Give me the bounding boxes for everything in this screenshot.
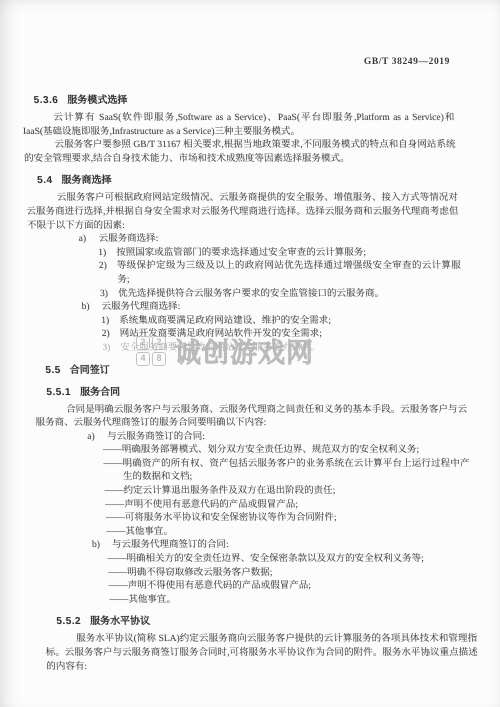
list-item-letter: a)云服务商选择: xyxy=(27,233,460,247)
list-item-dash: ——明确不得窃取修改云服务客户数据; xyxy=(42,567,475,581)
list-item-dash: ——其他事宜。 xyxy=(43,594,476,608)
paragraph: 合同是明确云服务客户与云服务商、云服务代理商之间责任和义务的基本手段。云服务客户… xyxy=(35,404,468,431)
section-number: 5.5.1 xyxy=(46,387,71,398)
section-heading: 5.4服务商选择 xyxy=(37,174,458,188)
list-item-text: 系统集成商要满足政府网站建设、维护的安全需求; xyxy=(119,316,331,326)
list-marker: a) xyxy=(87,431,95,445)
list-item-dash: ——声明不使用有恶意代码的产品或假冒产品; xyxy=(39,499,472,513)
section-heading: 5.5合同签订 xyxy=(45,364,466,378)
list-item-letter: a)与云服务商签订的合同: xyxy=(36,431,469,445)
section-number: 5.5 xyxy=(45,365,61,376)
list-marker: 2) xyxy=(102,328,111,342)
section-title: 服务模式选择 xyxy=(67,95,127,106)
list-item-dash: ——明确相关方的安全责任边界、安全保密条款以及双方的安全权利义务等; xyxy=(41,553,474,567)
list-item-dash: ——明确资产的所有权、资产包括云服务客户的业务系统在云计算平台上运行过程中产生的… xyxy=(37,458,470,485)
section-title: 合同签订 xyxy=(70,365,110,376)
list-item-text: 安全服务商要满足政府网站安全服务能力需求。 xyxy=(120,343,320,353)
paragraph: 云计算有 SaaS(软件即服务,Software as a Service)、P… xyxy=(22,112,455,139)
list-item-text: 云服务代理商选择: xyxy=(101,302,180,312)
list-item-dash: ——可将服务水平协议和安全保密协议等作为合同附件; xyxy=(40,512,473,526)
list-marker: 2) xyxy=(99,260,108,274)
list-marker: 3) xyxy=(100,288,109,302)
list-item-dash: ——其他事宜。 xyxy=(40,526,473,540)
section-number: 5.5.2 xyxy=(56,616,81,627)
list-item-dash: ——明确服务部署模式、划分双方安全责任边界、规范双方的安全权利义务; xyxy=(37,444,470,458)
list-item-letter: b)与云服务代理商签订的合同: xyxy=(41,539,474,553)
list-item-dash: ——约定云计算退出服务条件及双方在退出阶段的责任; xyxy=(38,485,471,499)
document-page: GB/T 38249—2019 5.3.6服务模式选择云计算有 SaaS(软件即… xyxy=(0,0,500,707)
paragraph: 云服务客户要参照 GB/T 31167 相关要求,根据当地政策要求,不同服务模式… xyxy=(23,139,456,166)
list-item-number: 2)等级保护定级为三级及以上的政府网站优先选择通过增强级安全审查的云计算服务; xyxy=(29,260,462,287)
section-number: 5.4 xyxy=(37,175,53,186)
list-item-number: 2)网站开发商要满足政府网站软件开发的安全需求; xyxy=(32,328,465,342)
list-item-text: 云服务商选择: xyxy=(98,234,158,244)
list-item-number: 3)优先选择提供符合云服务客户要求的安全监管接口的云服务商。 xyxy=(30,288,463,302)
paragraph: 服务水平协议(简称 SLA)约定云服务商向云服务客户提供的云计算服务的各项具体技… xyxy=(45,633,479,674)
list-item-text: 与云服务代理商签订的合同: xyxy=(112,540,229,550)
section-number: 5.3.6 xyxy=(33,95,58,106)
section-heading: 5.5.1服务合同 xyxy=(46,386,467,400)
list-marker: b) xyxy=(81,301,90,315)
page-number: 5 xyxy=(426,648,431,658)
list-item-text: 等级保护定级为三级及以上的政府网站优先选择通过增强级安全审查的云计算服务; xyxy=(117,261,461,285)
list-marker: b) xyxy=(92,539,101,553)
list-marker: 3) xyxy=(102,342,111,356)
list-item-text: 优先选择提供符合云服务客户要求的安全监管接口的云服务商。 xyxy=(118,289,384,299)
list-item-number: 3)安全服务商要满足政府网站安全服务能力需求。 xyxy=(32,342,465,356)
section-heading: 5.3.6服务模式选择 xyxy=(33,94,454,108)
list-item-letter: b)云服务代理商选择: xyxy=(30,301,463,315)
list-item-text: 按照国家或监管部门的要求选择通过安全审查的云计算服务; xyxy=(116,248,366,258)
section-title: 服务水平协议 xyxy=(90,616,150,627)
list-item-dash: ——声明不得使用有恶意代码的产品或假冒产品; xyxy=(43,580,476,594)
section-title: 服务商选择 xyxy=(61,175,111,186)
document-content: 5.3.6服务模式选择云计算有 SaaS(软件即服务,Software as a… xyxy=(21,86,479,674)
list-item-text: 网站开发商要满足政府网站软件开发的安全需求; xyxy=(120,329,323,339)
list-item-text: 与云服务商签订的合同: xyxy=(107,432,205,442)
list-marker: 1) xyxy=(101,315,110,329)
list-item-number: 1)系统集成商要满足政府网站建设、维护的安全需求; xyxy=(31,315,464,329)
section-title: 服务合同 xyxy=(80,387,120,398)
list-marker: a) xyxy=(78,233,86,247)
standard-number: GB/T 38249—2019 xyxy=(364,57,450,67)
list-item-number: 1)按照国家或监管部门的要求选择通过安全审查的云计算服务; xyxy=(28,247,461,261)
section-heading: 5.5.2服务水平协议 xyxy=(56,615,477,629)
paragraph: 云服务客户可根据政府网站定级情况、云服务商提供的安全服务、增值服务、接入方式等情… xyxy=(26,192,460,233)
list-marker: 1) xyxy=(98,247,107,261)
